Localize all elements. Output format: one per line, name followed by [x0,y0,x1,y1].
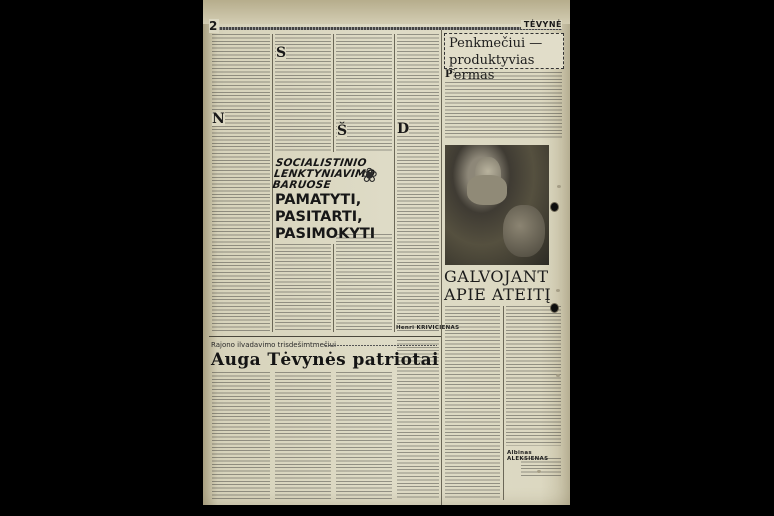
article-kicker: Rajono ilvadavimo trisdešimtmečiui [211,341,336,349]
photo-scarf [467,175,507,205]
photo-cow [503,205,545,257]
page-bottom-shadow [203,505,570,516]
headline-line-2: PASITARTI, [275,209,385,226]
boxed-headline-penkmeciui: Penkmečiui — produktyvias fermas [444,33,564,69]
text-column-anga-2 [275,372,331,500]
text-column-penkmeciui [445,72,562,140]
headline-line-1: PAMATYTI, [275,192,385,209]
binder-hole [551,203,558,211]
paper-speck [556,374,560,377]
text-column-4 [397,34,439,332]
paper-speck [557,185,561,188]
column-divider [333,244,334,332]
paper-speck [556,289,560,292]
column-divider [394,34,395,332]
headline-line-1: GALVOJANT [444,268,564,286]
text-column-3b [336,234,392,332]
text-column-galvojant-1 [445,306,500,500]
section-divider [209,336,441,337]
drop-cap: S [276,46,286,60]
rubric-line-3: BARUOSE [272,180,374,191]
photo-woman-with-cow [445,145,549,265]
text-column-anga-3 [336,372,392,500]
column-divider [441,30,442,505]
drop-cap: P [445,70,453,80]
drop-cap: D [397,122,409,136]
boxed-headline-line-1: Penkmečiui — [445,34,563,53]
wheat-icon: ❀ [361,160,375,190]
headline-galvojant: GALVOJANT APIE ATEITĮ [444,268,564,304]
binder-hole [551,304,558,312]
masthead: TĖVYNĖ [521,20,562,29]
drop-cap: N [212,112,225,126]
headline-line-2: APIE ATEITĮ [444,286,564,304]
newspaper-page: 2 TĖVYNĖ N S Š D SOCIALISTINIO LENKTYNIA… [203,0,570,508]
header-rule [211,27,562,30]
column-divider [503,306,504,500]
page-top-edge [203,0,570,24]
text-column-galvojant-3 [521,458,561,476]
text-column-anga-4 [397,340,439,500]
drop-cap: Š [337,124,347,138]
page-number: 2 [209,19,219,33]
text-column-galvojant-2 [506,306,561,446]
text-column-anga-1 [212,372,270,500]
text-column-1 [212,34,270,332]
paper-speck [537,470,541,473]
column-divider [333,34,334,152]
text-column-2b [275,244,331,332]
